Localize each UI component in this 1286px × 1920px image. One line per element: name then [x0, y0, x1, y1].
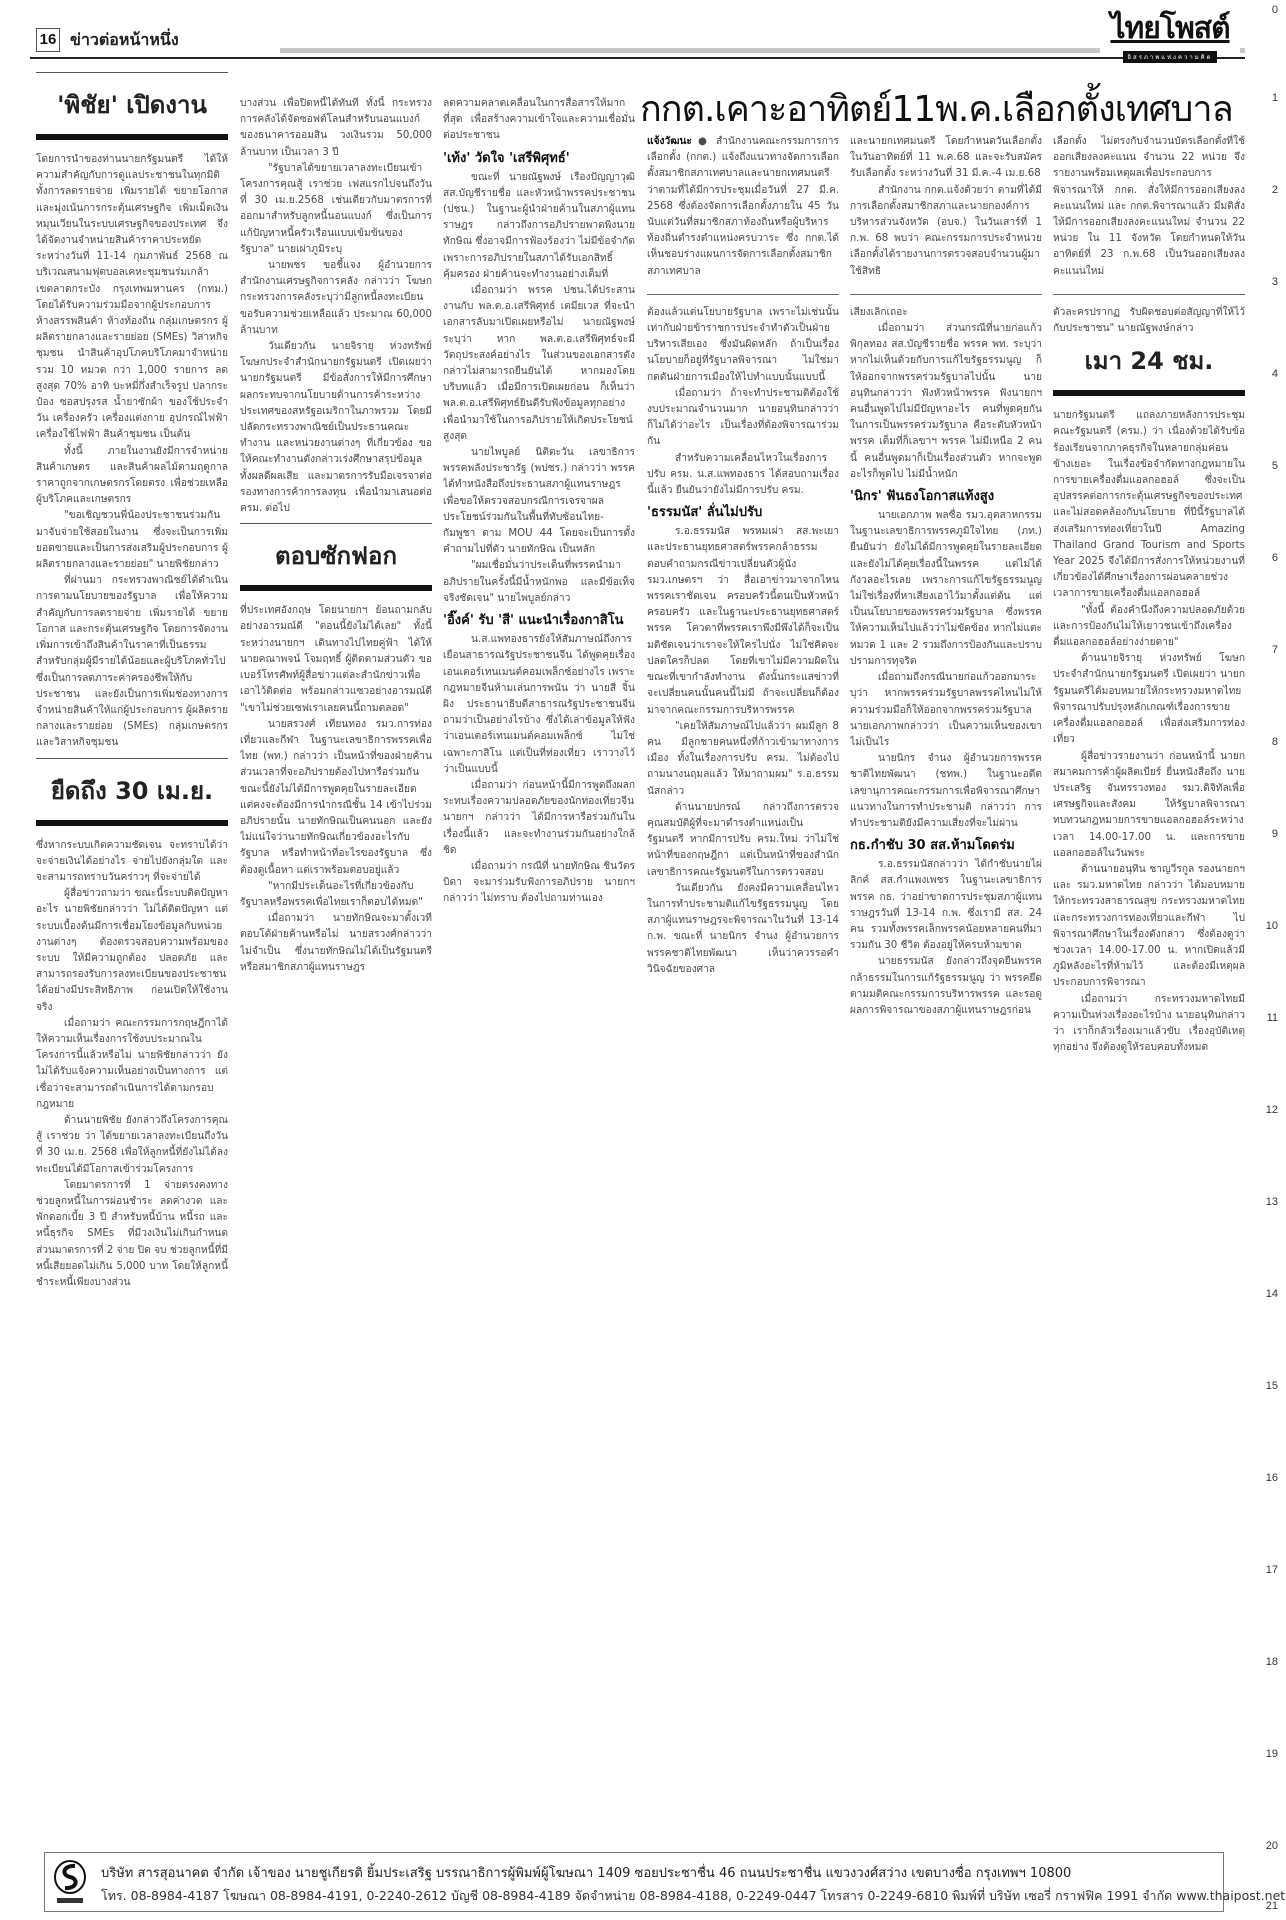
- page-ruler: 0 1 2 3 4 5 6 7 8 9 10 11 12 13 14 15 16…: [1260, 0, 1282, 1920]
- article-paragraph: เมื่อถามถึงกรณีนายก่อแก้วออกมาระบุว่า หา…: [850, 670, 1042, 751]
- article-paragraph: ด้านนายอนุทิน ชาญวีรกูล รองนายกฯ และ รมว…: [1053, 862, 1245, 992]
- column-5: และนายกเทศมนตรี โดยกำหนดวันเลือกตั้งในวั…: [850, 134, 1042, 1842]
- article-paragraph: แจ้งวัฒนะ ● สำนักงานคณะกรรมการการเลือกตั…: [647, 134, 839, 280]
- column-6: เลือกตั้ง ไม่ตรงกับจำนวนบัตรเลือกตั้งที่…: [1053, 134, 1245, 1842]
- column-4: แจ้งวัฒนะ ● สำนักงานคณะกรรมการการเลือกตั…: [647, 134, 839, 1842]
- publisher-address: บริษัท สารสุอนาคต จำกัด เจ้าของ นายชูเกี…: [101, 1862, 1071, 1883]
- article-paragraph: เมื่อถามว่า นายทักษิณจะมาตั้งเวทีตอบโต้ฝ…: [240, 911, 432, 976]
- article-paragraph: เมื่อถามว่า คณะกรรมการกฤษฎีกาได้ให้ความเ…: [36, 1016, 228, 1113]
- article-paragraph: "เคยให้สัมภาษณ์ไปแล้วว่า ผมมีลูก 8 คน มี…: [647, 719, 839, 800]
- ruler-mark: 16: [1266, 1472, 1278, 1484]
- article-paragraph: สำหรับความเคลื่อนไหวในเรื่องการปรับ ครม.…: [647, 451, 839, 500]
- article-paragraph: เมื่อถามว่า ถ้าจะทำประชามติต้องใช้งบประม…: [647, 386, 839, 451]
- article-paragraph: ขณะที่ นายณัฐพงษ์ เรืองปัญญาวุฒิ สส.บัญช…: [443, 170, 635, 283]
- logo-name: ไทยโพสต์: [1100, 14, 1240, 44]
- article-paragraph: ด้านนายจิรายุ ห่วงทรัพย์ โฆษกประจำสำนักน…: [1053, 651, 1245, 748]
- ruler-mark: 6: [1272, 552, 1278, 564]
- ruler-mark: 13: [1266, 1196, 1278, 1208]
- article-paragraph: ที่ประเทศอังกฤษ โดยนายกฯ ย้อนถามกลับอย่า…: [240, 603, 432, 716]
- article-paragraph: ทั้งนี้ ภายในงานยังมีการจำหน่ายสินค้าเกษ…: [36, 444, 228, 509]
- article-paragraph: "ขอเชิญชวนพี่น้องประชาชนร่วมกันมาจับจ่าย…: [36, 508, 228, 573]
- ruler-mark: 4: [1272, 368, 1278, 380]
- heading-bar: [36, 134, 228, 140]
- publisher-contacts: โทร. 08-8984-4187 โฆษณา 08-8984-4191, 0-…: [101, 1886, 1285, 1906]
- article-paragraph: เมื่อถามว่า พรรค ปชน.ได้ประสานงานกับ พล.…: [443, 283, 635, 445]
- article-paragraph: "หากมีประเด็นอะไรที่เกี่ยวข้องกับรัฐบาลห…: [240, 879, 432, 911]
- article-paragraph: นายไพบูลย์ นิติตะวัน เลขาธิการพรรคพลังปร…: [443, 445, 635, 558]
- article-paragraph: "ผมเชื่อมั่นว่าประเด็นที่พรรคนำมาอภิปราย…: [443, 558, 635, 607]
- article-paragraph: นายพชร ขอชี้แจง ผู้อำนวยการสำนักงานเศรษฐ…: [240, 258, 432, 339]
- page-header: 16 ข่าวต่อหน้าหนึ่ง ไทยโพสต์ อิสรภาพแห่ง…: [30, 18, 1245, 56]
- article-paragraph: น.ส.แพทองธารยังให้สัมภาษณ์ถึงการเยือนสาธ…: [443, 632, 635, 778]
- main-headline: กกต.เคาะอาทิตย์11พ.ค.เลือกตั้งเทศบาล: [640, 80, 1240, 137]
- article-paragraph: ด้านนายปกรณ์ กล่าวถึงการตรวจคุณสมบัติผู้…: [647, 800, 839, 881]
- article-paragraph: นายกรัฐมนตรี แถลงภายหลังการประชุมคณะรัฐม…: [1053, 408, 1245, 602]
- ruler-mark: 0: [1272, 4, 1278, 16]
- section-heading-phichai: 'พิชัย' เปิดงาน: [36, 72, 228, 134]
- column-2: บางส่วน เพื่อปิดหนี้ได้ทันที ทั้งนี้ กระ…: [240, 96, 432, 1842]
- article-paragraph: วันเดียวกัน นายจิรายุ ห่วงทรัพย์ โฆษกประ…: [240, 339, 432, 517]
- newspaper-logo: ไทยโพสต์ อิสรภาพแห่งความคิด: [1100, 14, 1240, 56]
- ruler-mark: 18: [1266, 1656, 1278, 1668]
- article-paragraph: โดยการนำของท่านนายกรัฐมนตรี ได้ให้ความสำ…: [36, 152, 228, 444]
- article-paragraph: วันเดียวกัน ยังคงมีความเคลื่อนไหวในการทำ…: [647, 881, 839, 978]
- article-paragraph: "ทั้งนี้ ต้องคำนึงถึงความปลอดภัยด้วย และ…: [1053, 603, 1245, 652]
- ruler-mark: 19: [1266, 1748, 1278, 1760]
- article-paragraph: นายสรวงศ์ เทียนทอง รมว.การท่องเที่ยวและก…: [240, 717, 432, 879]
- subheading: กธ.กำชับ 30 สส.ห้ามโดดร่ม: [850, 834, 1042, 855]
- logo-tagline: อิสรภาพแห่งความคิด: [1123, 51, 1216, 63]
- article-paragraph: "รัฐบาลได้ขยายเวลาลงทะเบียนเข้าโครงการคุ…: [240, 161, 432, 258]
- article-paragraph: บางส่วน เพื่อปิดหนี้ได้ทันที ทั้งนี้ กระ…: [240, 96, 432, 161]
- ruler-mark: 17: [1266, 1564, 1278, 1576]
- divider: [647, 294, 839, 295]
- section-heading-extend: ยืดถึง 30 เม.ย.: [36, 758, 228, 820]
- subheading: 'อิ๊งค์' รับ 'สี' แนะนำเรื่องกาสิโน: [443, 609, 635, 630]
- newspaper-page: 16 ข่าวต่อหน้าหนึ่ง ไทยโพสต์ อิสรภาพแห่ง…: [0, 0, 1286, 1920]
- ruler-mark: 12: [1266, 1104, 1278, 1116]
- ruler-mark: 8: [1272, 736, 1278, 748]
- article-paragraph: ตัวละครปรากฏ รับผิดชอบต่อสัญญาที่ให้ไว้ก…: [1053, 305, 1245, 337]
- heading-bar: [1053, 390, 1245, 396]
- article-paragraph: นายเอกภาพ พลซื่อ รมว.อุตสาหกรรม ในฐานะเล…: [850, 508, 1042, 670]
- article-paragraph: ที่ผ่านมา กระทรวงพาณิชย์ได้ดำเนินการตามน…: [36, 573, 228, 751]
- article-paragraph: เสียงเลิกเถอะ: [850, 305, 1042, 321]
- article-paragraph: โดยมาตรการที่ 1 จ่ายตรงคงทาง ช่วยลูกหนี้…: [36, 1178, 228, 1291]
- publisher-footer: บริษัท สารสุอนาคต จำกัด เจ้าของ นายชูเกี…: [44, 1852, 1224, 1912]
- ruler-mark: 1: [1272, 92, 1278, 104]
- subheading: 'เท้ง' วัดใจ 'เสรีพิศุทธ์': [443, 147, 635, 168]
- header-rule: [30, 57, 1245, 59]
- dateline: แจ้งวัฒนะ: [647, 136, 692, 147]
- ruler-mark: 5: [1272, 460, 1278, 472]
- column-1: 'พิชัย' เปิดงาน โดยการนำของท่านนายกรัฐมน…: [36, 72, 228, 1842]
- ruler-mark: 14: [1266, 1288, 1278, 1300]
- heading-bar: [36, 820, 228, 826]
- column-3: ลดความคลาดเคลื่อนในการสื่อสารให้มากที่สุ…: [443, 96, 635, 1842]
- ruler-mark: 3: [1272, 276, 1278, 288]
- article-paragraph: เมื่อถามว่า ส่วนกรณีที่นายก่อแก้ว พิกุลท…: [850, 321, 1042, 483]
- article-paragraph: นายนิกร จำนง ผู้อำนวยการพรรคชาติไทยพัฒนา…: [850, 751, 1042, 832]
- section-heading-censure: ตอบซักฟอก: [240, 523, 432, 585]
- article-paragraph: ร.อ.ธรรมนัส พรหมเผ่า สส.พะเยา และประธานย…: [647, 524, 839, 718]
- subheading: 'นิกร' ฟันธงโอกาสแท้งสูง: [850, 485, 1042, 506]
- ruler-mark: 11: [1267, 1012, 1278, 1024]
- ruler-mark: 2: [1272, 184, 1278, 196]
- article-paragraph: ผู้สื่อข่าวรายงานว่า ก่อนหน้านี้ นายกสมา…: [1053, 749, 1245, 862]
- article-paragraph: เลือกตั้ง ไม่ตรงกับจำนวนบัตรเลือกตั้งที่…: [1053, 134, 1245, 280]
- article-paragraph: สำนักงาน กกต.แจ้งด้วยว่า ตามที่ได้มีการเ…: [850, 183, 1042, 280]
- publisher-emblem-icon: [53, 1859, 87, 1907]
- page-number: 16: [36, 28, 60, 52]
- article-paragraph: และนายกเทศมนตรี โดยกำหนดวันเลือกตั้งในวั…: [850, 134, 1042, 183]
- ruler-mark: 10: [1266, 920, 1278, 932]
- ruler-mark: 7: [1272, 644, 1278, 656]
- article-paragraph: นายธรรมนัส ยังกล่าวถึงจุดยืนพรรคกล้าธรรม…: [850, 954, 1042, 1019]
- subheading: 'ธรรมนัส' ลั่นไม่ปรับ: [647, 501, 839, 522]
- article-paragraph: เมื่อถามว่า กระทรวงมหาดไทยมีความเป็นห่วง…: [1053, 992, 1245, 1057]
- divider: [1053, 294, 1245, 295]
- article-paragraph: ร.อ.ธรรมนัสกล่าวว่า ได้กำชับนายไผ่ ลิกค์…: [850, 857, 1042, 954]
- article-paragraph: ผู้สื่อข่าวถามว่า ขณะนี้ระบบติดปัญหาอะไร…: [36, 886, 228, 1016]
- article-paragraph: ลดความคลาดเคลื่อนในการสื่อสารให้มากที่สุ…: [443, 96, 635, 145]
- section-title: ข่าวต่อหน้าหนึ่ง: [70, 28, 179, 53]
- article-paragraph: ต้องแล้วแต่นโยบายรัฐบาล เพราะไม่เช่นนั้น…: [647, 305, 839, 386]
- article-paragraph: เมื่อถามว่า กรณีที่ นายทักษิณ ชินวัตร บิ…: [443, 859, 635, 908]
- ruler-mark: 15: [1266, 1380, 1278, 1392]
- article-paragraph: เมื่อถามว่า ก่อนหน้านี้มีการพูดถึงผลกระท…: [443, 778, 635, 859]
- section-heading-drunk: เมา 24 ชม.: [1053, 337, 1245, 390]
- ruler-mark: 20: [1266, 1840, 1278, 1852]
- divider: [850, 294, 1042, 295]
- article-paragraph: ด้านนายพิชัย ยังกล่าวถึงโครงการคุณสู้ เร…: [36, 1113, 228, 1178]
- ruler-mark: 9: [1272, 828, 1278, 840]
- heading-bar: [240, 585, 432, 591]
- article-paragraph: ซึ่งหากระบบเกิดความชัดเจน จะทราบได้ว่าจะ…: [36, 838, 228, 887]
